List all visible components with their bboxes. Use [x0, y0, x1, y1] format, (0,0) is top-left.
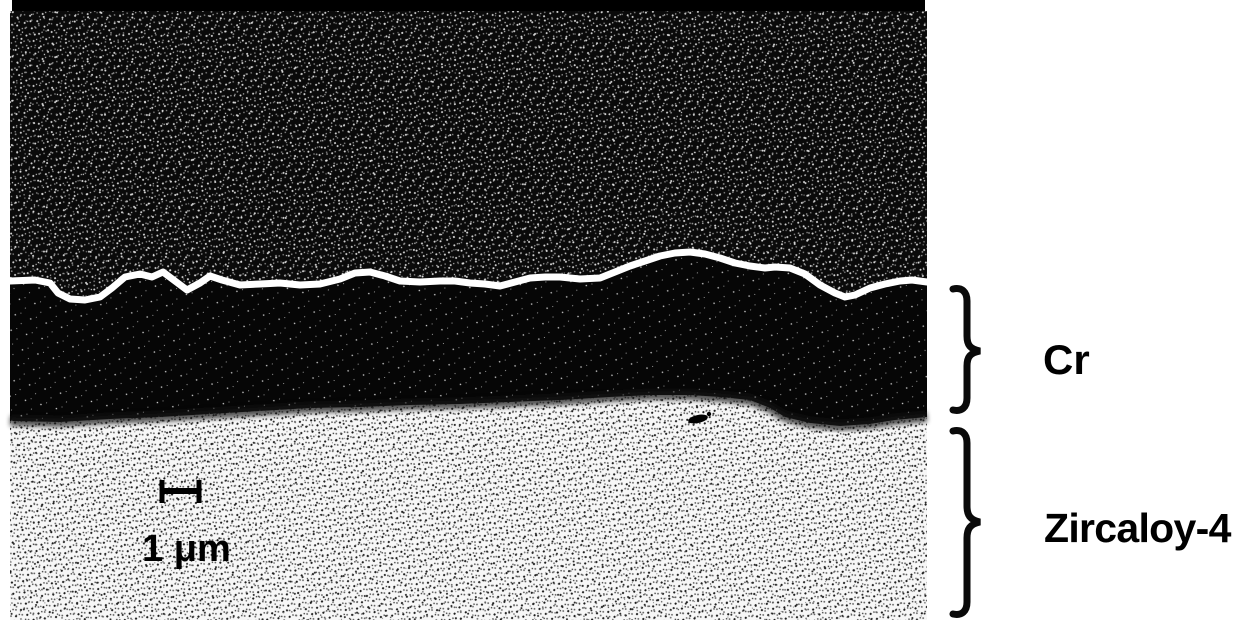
cr-label: Cr	[1043, 339, 1090, 381]
micrograph-top-border	[12, 0, 925, 11]
zircaloy-brace-icon	[953, 431, 980, 615]
scale-bar-label: 1 μm	[142, 530, 231, 568]
cr-brace-icon	[953, 289, 980, 411]
zircaloy-label: Zircaloy-4	[1044, 508, 1231, 549]
zircaloy-region	[10, 395, 927, 620]
figure-page: 1 μm Cr Zircaloy-4	[0, 0, 1240, 627]
